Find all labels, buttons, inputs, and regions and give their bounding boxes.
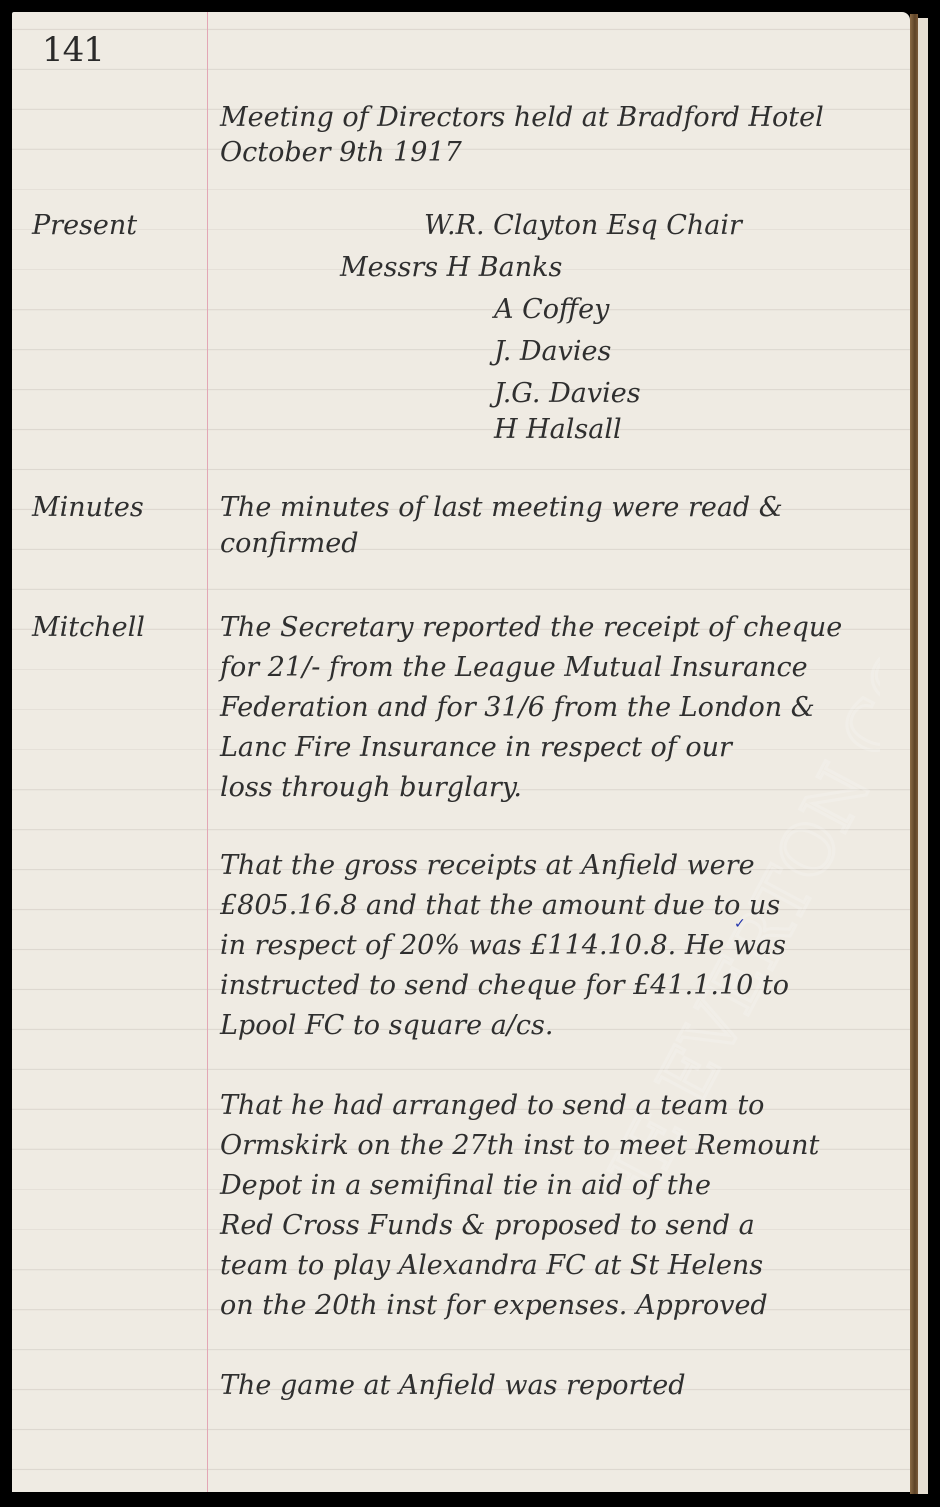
messrs-line: Messrs H Banks bbox=[340, 248, 562, 288]
team-line: team to play Alexandra FC at St Helens bbox=[220, 1246, 763, 1286]
team-line: That he had arranged to send a team to bbox=[220, 1086, 764, 1126]
label-present: Present bbox=[32, 206, 137, 246]
member: J.G. Davies bbox=[494, 374, 641, 414]
member: A Coffey bbox=[494, 290, 609, 330]
receipts-line: instructed to send cheque for £41.1.10 t… bbox=[220, 966, 789, 1006]
mitchell-line: Lanc Fire Insurance in respect of our bbox=[220, 728, 732, 768]
receipts-line: in respect of 20% was £114.10.8. He was bbox=[220, 926, 786, 966]
team-line: Ormskirk on the 27th inst to meet Remoun… bbox=[220, 1126, 819, 1166]
label-mitchell: Mitchell bbox=[32, 608, 145, 648]
meeting-date: October 9th 1917 bbox=[220, 133, 462, 173]
mitchell-line: loss through burglary. bbox=[220, 768, 522, 808]
margin-rule bbox=[207, 12, 208, 1492]
mitchell-line: for 21/- from the League Mutual Insuranc… bbox=[220, 648, 808, 688]
team-line: Red Cross Funds & proposed to send a bbox=[220, 1206, 755, 1246]
page-number: 141 bbox=[42, 30, 104, 70]
receipts-line: Lpool FC to square a/cs. bbox=[220, 1006, 553, 1046]
book-spine bbox=[910, 14, 918, 1494]
member: H Halsall bbox=[494, 410, 622, 450]
receipts-line: That the gross receipts at Anfield were bbox=[220, 846, 755, 886]
game-line: The game at Anfield was reported bbox=[220, 1366, 686, 1406]
meeting-heading: Meeting of Directors held at Bradford Ho… bbox=[220, 98, 824, 138]
minutes-line: The minutes of last meeting were read & bbox=[220, 488, 783, 528]
team-line: Depot in a semifinal tie in aid of the bbox=[220, 1166, 711, 1206]
receipts-line: £805.16.8 and that the amount due to us bbox=[220, 886, 780, 926]
mitchell-line: The Secretary reported the receipt of ch… bbox=[220, 608, 842, 648]
mitchell-line: Federation and for 31/6 from the London … bbox=[220, 688, 815, 728]
chair-line: W.R. Clayton Esq Chair bbox=[424, 206, 742, 246]
team-line: on the 20th inst for expenses. Approved bbox=[220, 1286, 768, 1326]
label-minutes: Minutes bbox=[32, 488, 144, 528]
page-edge bbox=[918, 18, 928, 1494]
member: J. Davies bbox=[494, 332, 611, 372]
minutes-line: confirmed bbox=[220, 524, 359, 564]
